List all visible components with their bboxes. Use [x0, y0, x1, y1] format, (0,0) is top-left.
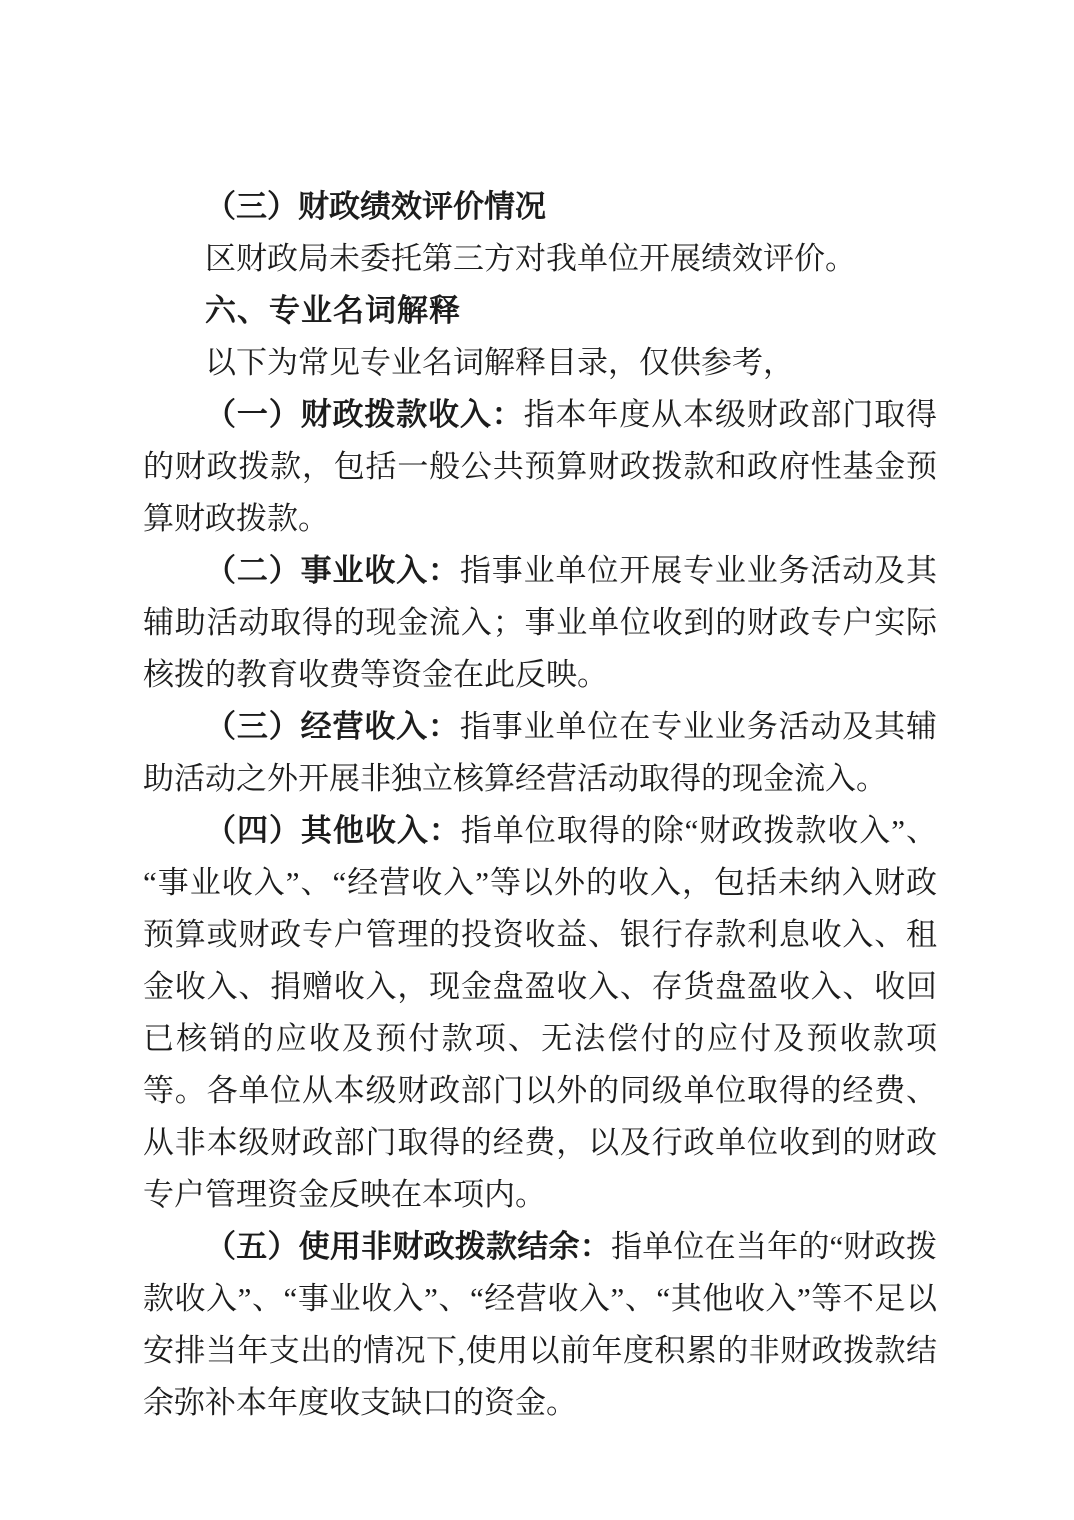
- paragraph-term-institutional-income: （二）事业收入：指事业单位开展专业业务活动及其辅助活动取得的现金流入；事业单位收…: [143, 545, 937, 701]
- heading-text: （三）财政绩效评价情况: [205, 189, 546, 224]
- paragraph-text: 以下为常见专业名词解释目录，仅供参考，: [205, 345, 794, 380]
- term-label: （四）其他收入：: [205, 813, 461, 848]
- document-content: （三）财政绩效评价情况 区财政局未委托第三方对我单位开展绩效评价。 六、专业名词…: [143, 181, 937, 1429]
- term-definition: 指单位取得的除“财政拨款收入”、“事业收入”、“经营收入”等以外的收入，包括未纳…: [143, 813, 937, 1212]
- term-label: （一）财政拨款收入：: [205, 397, 524, 432]
- paragraph-text: 区财政局未委托第三方对我单位开展绩效评价。: [205, 241, 856, 276]
- paragraph-performance-evaluation-body: 区财政局未委托第三方对我单位开展绩效评价。: [143, 233, 937, 285]
- term-label: （五）使用非财政拨款结余：: [205, 1229, 611, 1264]
- heading-text: 六、专业名词解释: [205, 293, 461, 328]
- term-label: （二）事业收入：: [205, 553, 460, 588]
- document-page: （三）财政绩效评价情况 区财政局未委托第三方对我单位开展绩效评价。 六、专业名词…: [0, 0, 1074, 1520]
- term-label: （三）经营收入：: [205, 709, 460, 744]
- paragraph-glossary-intro: 以下为常见专业名词解释目录，仅供参考，: [143, 337, 937, 389]
- paragraph-term-fiscal-appropriation-income: （一）财政拨款收入：指本年度从本级财政部门取得的财政拨款，包括一般公共预算财政拨…: [143, 389, 937, 545]
- section-heading-glossary: 六、专业名词解释: [143, 285, 937, 337]
- paragraph-term-non-fiscal-surplus: （五）使用非财政拨款结余：指单位在当年的“财政拨款收入”、“事业收入”、“经营收…: [143, 1221, 937, 1429]
- section-heading-performance-evaluation: （三）财政绩效评价情况: [143, 181, 937, 233]
- paragraph-term-operating-income: （三）经营收入：指事业单位在专业业务活动及其辅助活动之外开展非独立核算经营活动取…: [143, 701, 937, 805]
- paragraph-term-other-income: （四）其他收入：指单位取得的除“财政拨款收入”、“事业收入”、“经营收入”等以外…: [143, 805, 937, 1221]
